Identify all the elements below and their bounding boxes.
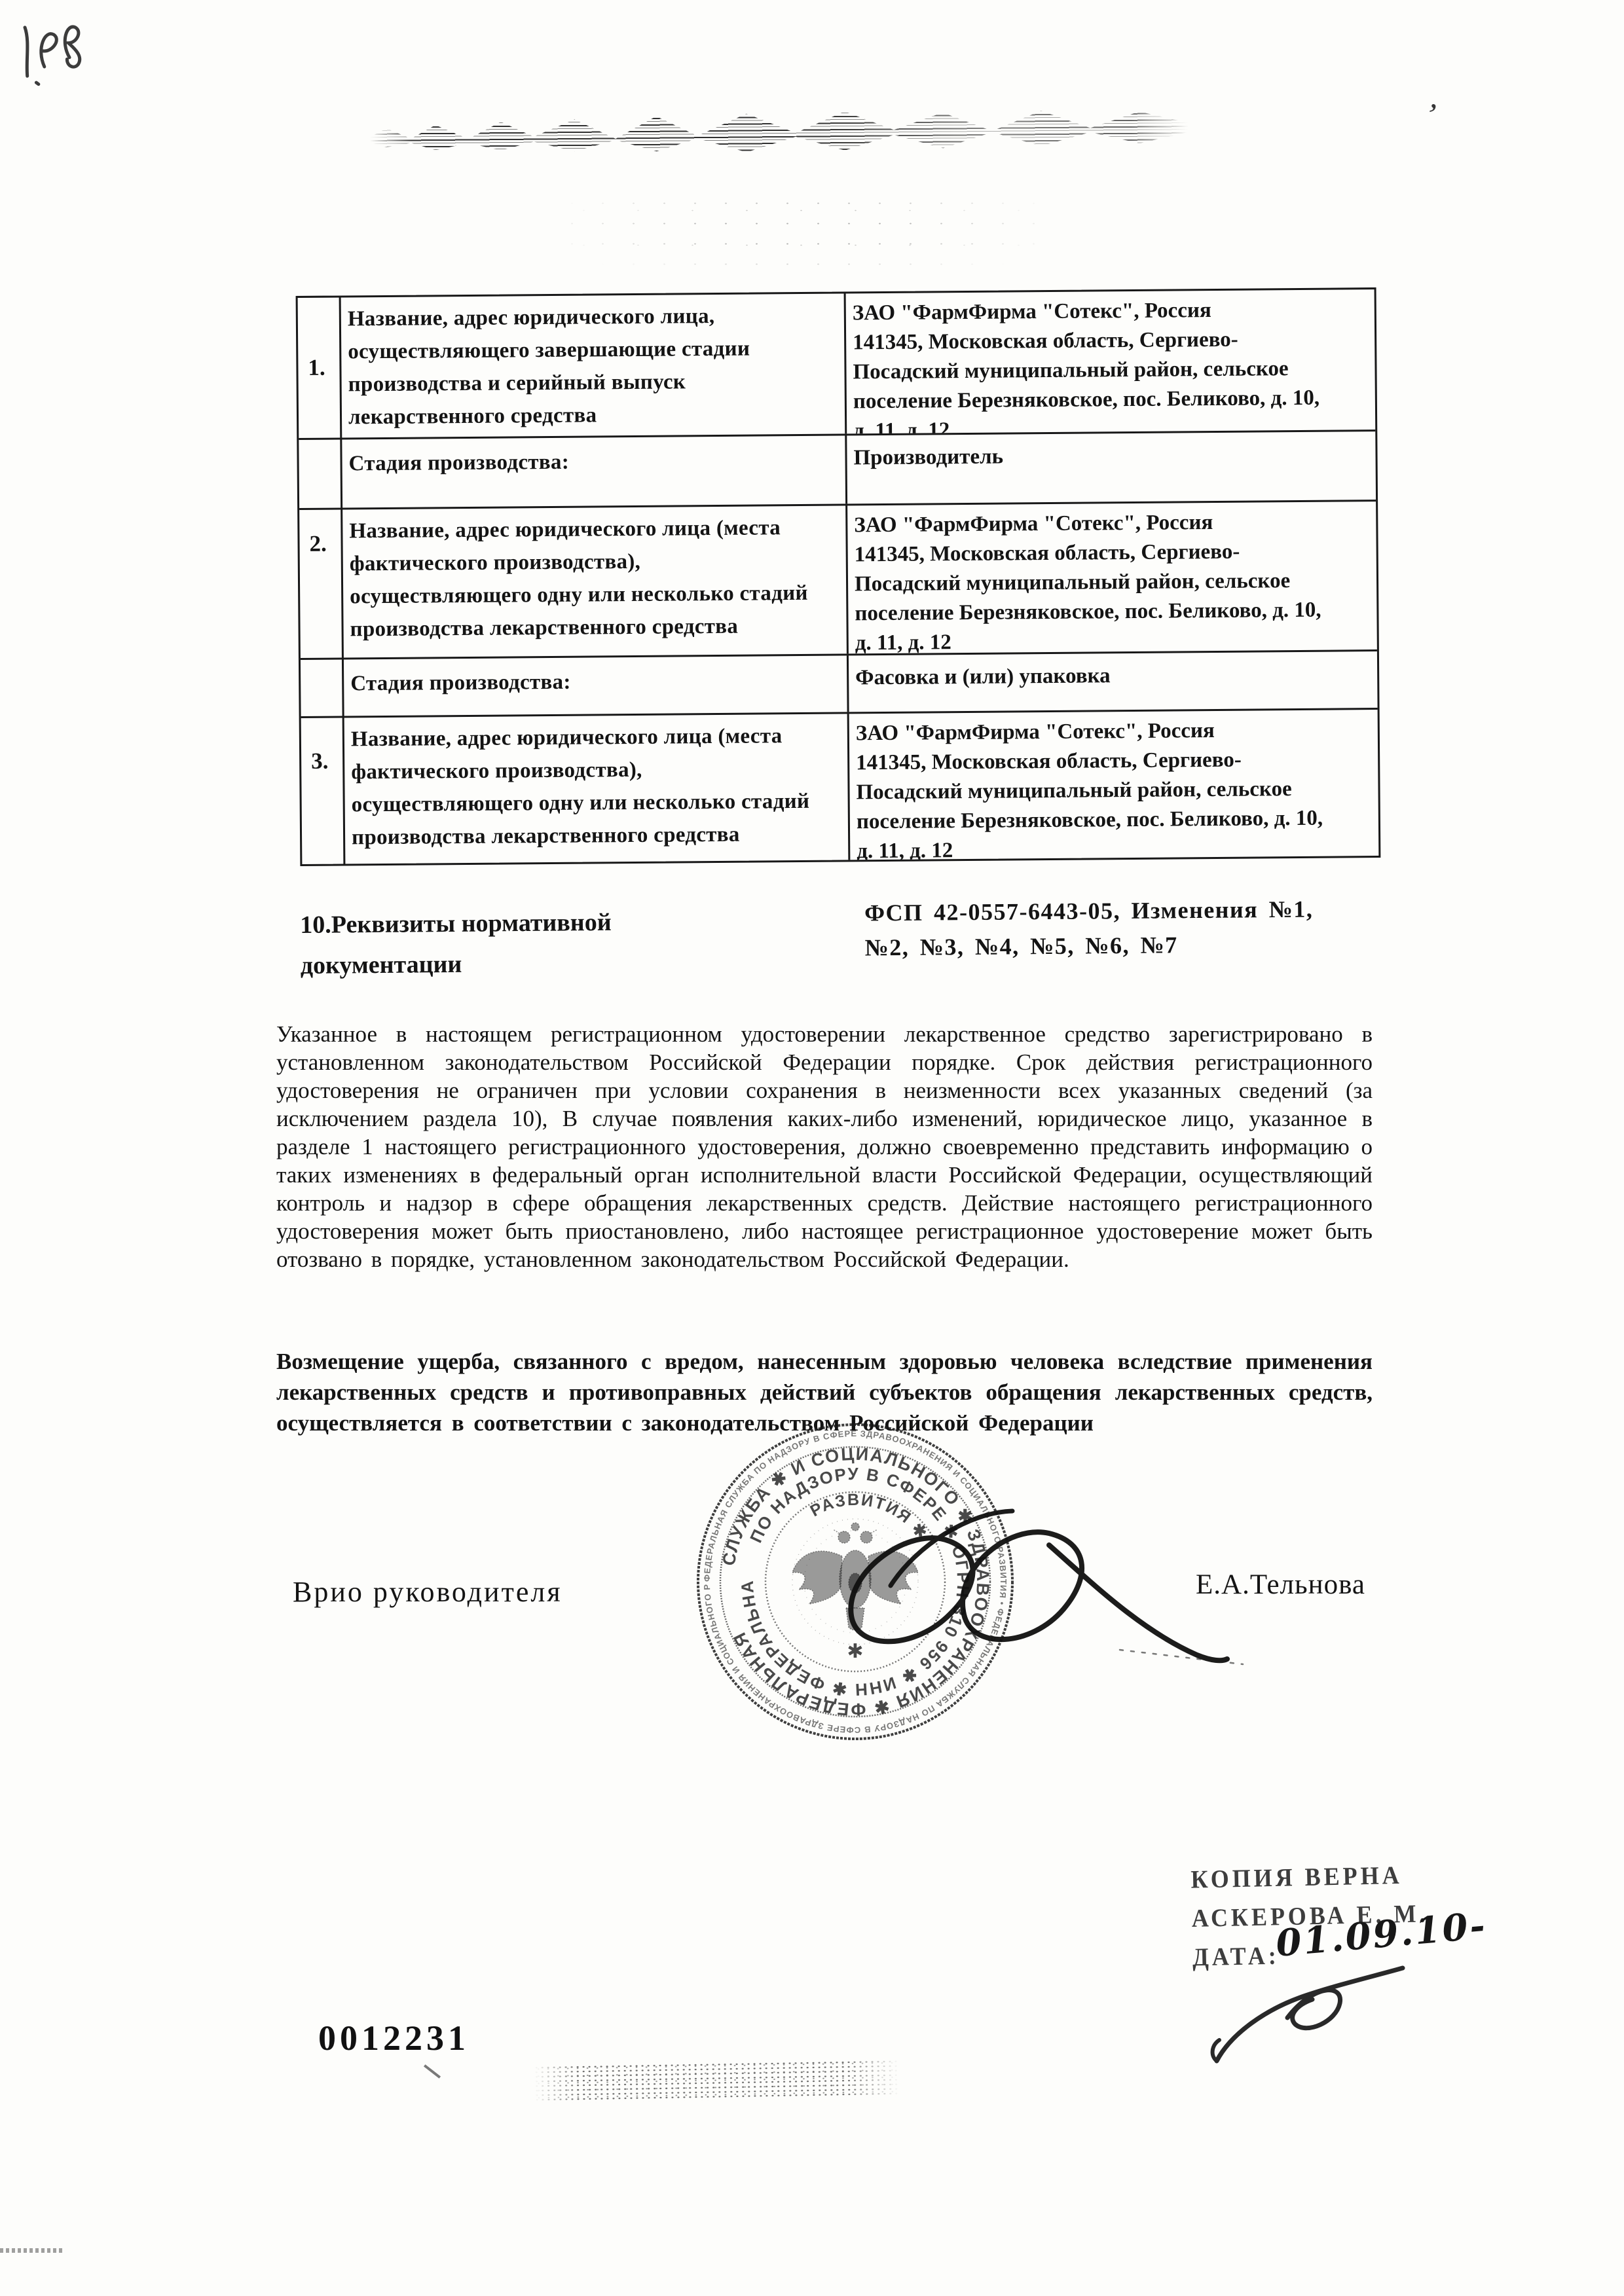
row-number [301, 659, 344, 716]
row-label: Название, адрес юридического лица (места… [342, 505, 849, 657]
corner-scribble [0, 8, 101, 94]
table-row: 1. Название, адрес юридического лица, ос… [298, 289, 1376, 438]
row-label: Название, адрес юридического лица (места… [344, 714, 851, 864]
copy-stamp-line1: КОПИЯ ВЕРНА [1190, 1859, 1428, 1894]
scan-noise-top-band [370, 106, 1189, 156]
row-value: Фасовка и (или) упаковка [849, 651, 1378, 712]
scan-ink-mark: ’ [1422, 95, 1441, 134]
table-row: Стадия производства: Фасовка и (или) упа… [301, 649, 1378, 716]
document-page: ’ 1. Название, адрес юридического лица, … [0, 0, 1624, 2296]
row-label: Стадия производства: [342, 435, 847, 507]
scan-ink-tick [424, 2064, 441, 2079]
row-number: 1. [298, 297, 342, 438]
section-10: 10.Реквизиты нормативной документации ФС… [300, 896, 1380, 905]
form-number: 0012231 [318, 2018, 470, 2058]
scan-edge-noise [0, 2248, 62, 2253]
row-value: ЗАО "ФармФирма "Сотекс", Россия 141345, … [846, 289, 1376, 433]
scan-speckle-bottom [534, 2059, 901, 2104]
section-10-value: ФСП 42-0557-6443-05, Изменения №1, №2, №… [864, 891, 1389, 965]
table-row: 3. Название, адрес юридического лица (ме… [301, 708, 1379, 864]
copy-certifier-signature [1204, 1963, 1413, 2068]
row-value: Производитель [847, 431, 1376, 503]
row-value: ЗАО "ФармФирма "Сотекс", Россия 141345, … [847, 501, 1377, 653]
row-label: Стадия производства: [344, 655, 849, 716]
table-row: Стадия производства: Производитель [299, 429, 1376, 508]
signatory-title: Врио руководителя [293, 1575, 563, 1609]
row-number [299, 439, 342, 508]
scan-speckle-top [557, 193, 1054, 278]
row-label: Название, адрес юридического лица, осуще… [341, 293, 847, 437]
section-10-label: 10.Реквизиты нормативной документации [300, 901, 720, 986]
row-number: 3. [301, 718, 346, 864]
manufacturer-table: 1. Название, адрес юридического лица, ос… [296, 287, 1381, 866]
row-number: 2. [299, 509, 344, 658]
paragraph-registration-terms: Указанное в настоящем регистрационном уд… [276, 1020, 1373, 1273]
row-value: ЗАО "ФармФирма "Сотекс", Россия 141345, … [849, 710, 1379, 860]
director-signature [753, 1434, 1251, 1709]
table-row: 2. Название, адрес юридического лица (ме… [299, 500, 1377, 658]
